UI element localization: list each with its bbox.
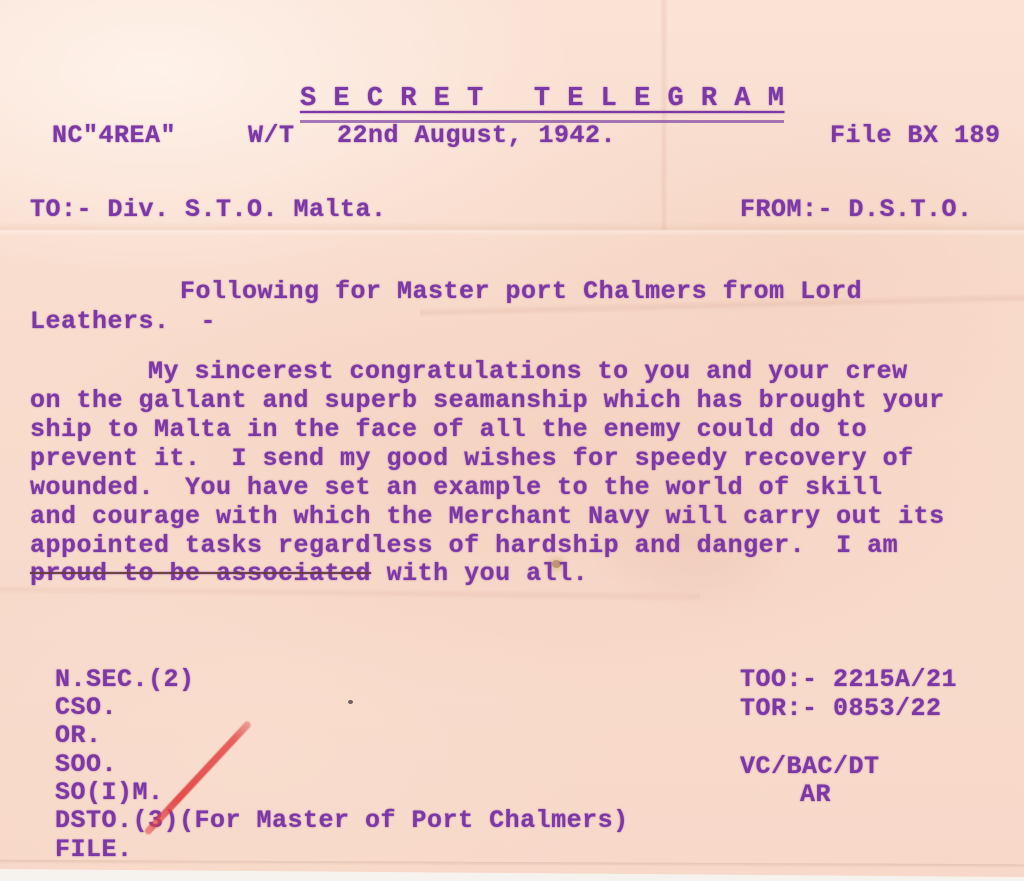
distribution-item: FILE. (55, 836, 133, 864)
distribution-item: OR. (55, 722, 102, 750)
distribution-item: CSO. (55, 694, 117, 722)
distribution-item: SO(I)M. (55, 779, 164, 807)
distribution-item: N.SEC.(2) (55, 666, 195, 694)
time-of-receipt: TOR:- 0853/22 (740, 695, 942, 723)
header-station: NC"4REA" (52, 122, 176, 150)
body-line-final: proud to be associated with you all. (30, 560, 588, 588)
header-file-ref: File BX 189 (830, 122, 1001, 150)
paper-sheet: S E C R E T T E L E G R A M NC"4REA" W/T… (0, 0, 1024, 881)
header-date: 22nd August, 1942. (337, 122, 616, 150)
ack-code: AR (800, 781, 831, 809)
body-line: on the gallant and superb seamanship whi… (30, 387, 945, 415)
struck-text: proud to be associated (30, 559, 371, 588)
ink-spot (348, 700, 353, 704)
body-line: My sincerest congratulations to you and … (148, 358, 908, 386)
preamble-line: Leathers. - (30, 308, 216, 336)
preamble-line: Following for Master port Chalmers from … (180, 278, 862, 306)
time-of-origin: TOO:- 2215A/21 (740, 666, 957, 694)
from-line: FROM:- D.S.T.O. (740, 196, 973, 224)
distribution-item: SOO. (55, 751, 117, 779)
body-line: ship to Malta in the face of all the ene… (30, 416, 867, 444)
body-line: prevent it. I send my good wishes for sp… (30, 445, 914, 473)
body-line-rest: with you all. (371, 559, 588, 588)
body-line: wounded. You have set an example to the … (30, 474, 883, 502)
page-title-text: S E C R E T T E L E G R A M (300, 84, 784, 123)
header-channel: W/T (248, 122, 295, 150)
distribution-item: DSTO.(3)(For Master of Port Chalmers) (55, 807, 629, 835)
body-line: appointed tasks regardless of hardship a… (30, 532, 898, 560)
paper-bottom-edge (0, 860, 1024, 868)
operator-initials: VC/BAC/DT (740, 753, 880, 781)
body-line: and courage with which the Merchant Navy… (30, 503, 945, 531)
paper-crease (0, 222, 1024, 236)
to-line: TO:- Div. S.T.O. Malta. (30, 196, 387, 224)
telegram-scan: S E C R E T T E L E G R A M NC"4REA" W/T… (0, 0, 1024, 881)
